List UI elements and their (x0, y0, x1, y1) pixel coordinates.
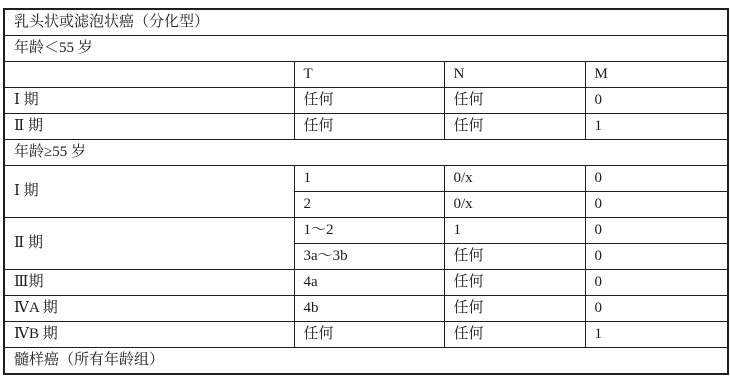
section-title-row: 乳头状或滤泡状癌（分化型） (4, 9, 728, 36)
age-under-55-label: 年龄＜55 岁 (4, 36, 728, 62)
stage-cell: ⅣA 期 (4, 296, 294, 322)
stage-cell: Ⅱ 期 (4, 114, 294, 140)
age-55-plus-label: 年龄≥55 岁 (4, 140, 728, 166)
stage-cell: Ⅰ 期 (4, 88, 294, 114)
m-value-cell: 0 (585, 166, 728, 192)
t-value-cell: 3a～3b (294, 244, 444, 270)
t-value-cell: 任何 (294, 114, 444, 140)
m-value-cell: 0 (585, 270, 728, 296)
age-55-plus-row: 年龄≥55 岁 (4, 140, 728, 166)
section-title-papillary: 乳头状或滤泡状癌（分化型） (4, 9, 728, 36)
m-value-cell: 0 (585, 192, 728, 218)
m-value-cell: 1 (585, 114, 728, 140)
n-value-cell: 0/x (444, 192, 585, 218)
age-under-55-row: 年龄＜55 岁 (4, 36, 728, 62)
table-row-over55-stage4b: ⅣB 期 任何 任何 1 (4, 322, 728, 348)
table-row-over55-stage1a: Ⅰ 期 1 0/x 0 (4, 166, 728, 192)
stage-cell: ⅣB 期 (4, 322, 294, 348)
section-medullary-row: 髓样癌（所有年龄组） (4, 348, 728, 375)
table-row-over55-stage3: Ⅲ期 4a 任何 0 (4, 270, 728, 296)
m-value-cell: 0 (585, 296, 728, 322)
m-column-header: M (585, 62, 728, 88)
n-value-cell: 任何 (444, 296, 585, 322)
table-row-under55-stage2: Ⅱ 期 任何 任何 1 (4, 114, 728, 140)
t-column-header: T (294, 62, 444, 88)
stage-column-header (4, 62, 294, 88)
n-value-cell: 任何 (444, 322, 585, 348)
m-value-cell: 1 (585, 322, 728, 348)
column-header-row: T N M (4, 62, 728, 88)
tnm-staging-table: 乳头状或滤泡状癌（分化型） 年龄＜55 岁 T N M Ⅰ 期 任何 任何 0 (3, 8, 729, 375)
n-value-cell: 任何 (444, 244, 585, 270)
t-value-cell: 1～2 (294, 218, 444, 244)
m-value-cell: 0 (585, 88, 728, 114)
n-value-cell: 0/x (444, 166, 585, 192)
t-value-cell: 4b (294, 296, 444, 322)
m-value-cell: 0 (585, 218, 728, 244)
section-title-medullary: 髓样癌（所有年龄组） (4, 348, 728, 375)
stage-cell: Ⅰ 期 (4, 166, 294, 218)
t-value-cell: 1 (294, 166, 444, 192)
document-page: 乳头状或滤泡状癌（分化型） 年龄＜55 岁 T N M Ⅰ 期 任何 任何 0 (0, 0, 730, 388)
t-value-cell: 任何 (294, 322, 444, 348)
table-row-over55-stage4a: ⅣA 期 4b 任何 0 (4, 296, 728, 322)
n-value-cell: 任何 (444, 88, 585, 114)
m-value-cell: 0 (585, 244, 728, 270)
n-value-cell: 1 (444, 218, 585, 244)
t-value-cell: 任何 (294, 88, 444, 114)
t-value-cell: 2 (294, 192, 444, 218)
stage-cell: Ⅲ期 (4, 270, 294, 296)
table-row-over55-stage2a: Ⅱ 期 1～2 1 0 (4, 218, 728, 244)
stage-cell: Ⅱ 期 (4, 218, 294, 270)
t-value-cell: 4a (294, 270, 444, 296)
n-value-cell: 任何 (444, 114, 585, 140)
n-column-header: N (444, 62, 585, 88)
n-value-cell: 任何 (444, 270, 585, 296)
table-row-under55-stage1: Ⅰ 期 任何 任何 0 (4, 88, 728, 114)
